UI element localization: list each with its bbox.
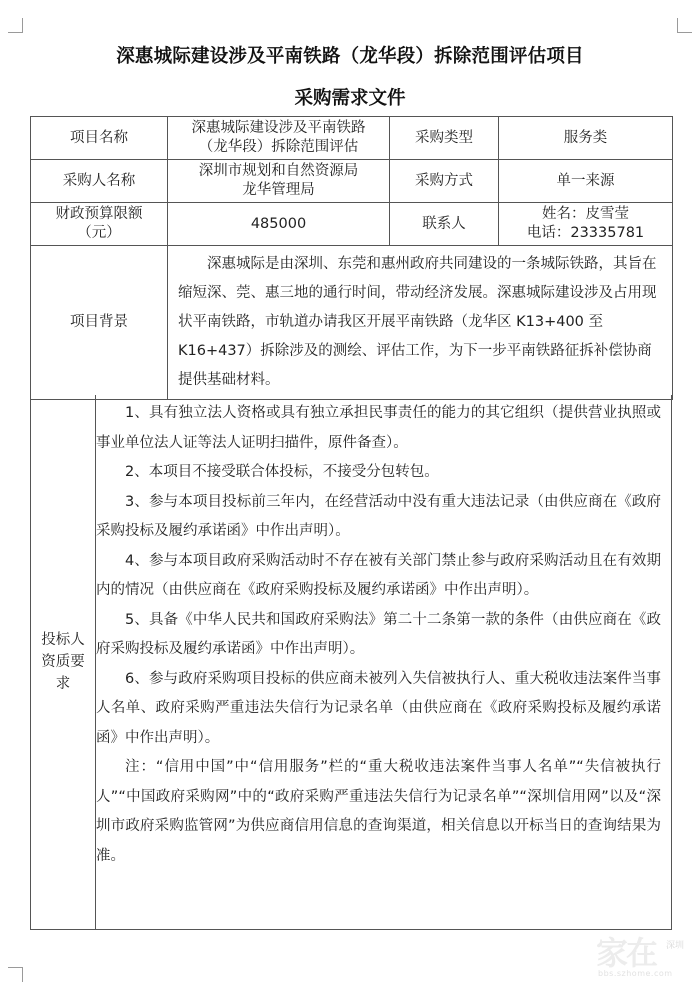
project-name-line1: 深惠城际建设涉及平南铁路 (171, 119, 386, 138)
qualifications-label: 投标人 资质要 求 (31, 395, 96, 929)
qualification-item-3: 3、参与本项目投标前三年内，在经营活动中没有重大违法记录（由供应商在《政府采购投… (96, 488, 661, 547)
document-title: 深惠城际建设涉及平南铁路（龙华段）拆除范围评估项目 (0, 42, 700, 68)
budget-label-line2: （元） (34, 224, 164, 243)
purchaser-name-line1: 深圳市规划和自然资源局 (171, 162, 386, 181)
qualification-item-1: 1、具有独立法人资格或具有独立承担民事责任的能力的其它组织（提供营业执照或事业单… (96, 399, 661, 458)
table-row-purchaser: 采购人名称 深圳市规划和自然资源局 龙华管理局 采购方式 单一来源 (31, 160, 673, 203)
qualification-item-4: 4、参与本项目政府采购活动时不存在被有关部门禁止参与政府采购活动且在有效期内的情… (96, 547, 661, 606)
page-corner-mark-bottom-left (8, 967, 23, 982)
page-corner-mark-top-left (8, 18, 23, 33)
budget-label: 财政预算限额 （元） (31, 203, 168, 246)
document-subtitle: 采购需求文件 (0, 84, 700, 110)
background-text-cell: 深惠城际是由深圳、东莞和惠州政府共同建设的一条城际铁路，其旨在缩短深、莞、惠三地… (168, 246, 673, 400)
qualification-note: 注：“信用中国”中“信用服务”栏的“重大税收违法案件当事人名单”“失信被执行人”… (96, 753, 661, 871)
procurement-method-label: 采购方式 (390, 160, 499, 203)
watermark-logo: 家在 深圳 bbs.szhome.com (596, 928, 688, 978)
contact-phone: 电话：23335781 (502, 224, 669, 243)
table-row-project-name: 项目名称 深惠城际建设涉及平南铁路 （龙华段）拆除范围评估 采购类型 服务类 (31, 117, 673, 160)
watermark-url: bbs.szhome.com (598, 969, 673, 978)
procurement-type-label: 采购类型 (390, 117, 499, 160)
budget-label-line1: 财政预算限额 (34, 205, 164, 224)
qualifications-list: 1、具有独立法人资格或具有独立承担民事责任的能力的其它组织（提供营业执照或事业单… (96, 399, 661, 871)
qualifications-label-line3: 求 (37, 673, 89, 695)
table-row-budget: 财政预算限额 （元） 485000 联系人 姓名：皮雪莹 电话：23335781 (31, 203, 673, 246)
purchaser-name-label: 采购人名称 (31, 160, 168, 203)
info-table: 项目名称 深惠城际建设涉及平南铁路 （龙华段）拆除范围评估 采购类型 服务类 采… (30, 116, 673, 400)
purchaser-name-value: 深圳市规划和自然资源局 龙华管理局 (168, 160, 390, 203)
procurement-type-value: 服务类 (499, 117, 673, 160)
qualifications-label-line1: 投标人 (37, 629, 89, 651)
watermark-city: 深圳 (666, 938, 684, 951)
qualification-item-2: 2、本项目不接受联合体投标，不接受分包转包。 (96, 458, 661, 488)
project-name-label: 项目名称 (31, 117, 168, 160)
contact-value: 姓名：皮雪莹 电话：23335781 (499, 203, 673, 246)
project-name-value: 深惠城际建设涉及平南铁路 （龙华段）拆除范围评估 (168, 117, 390, 160)
background-text: 深惠城际是由深圳、东莞和惠州政府共同建设的一条城际铁路，其旨在缩短深、莞、惠三地… (178, 250, 664, 395)
table-row-background: 项目背景 深惠城际是由深圳、东莞和惠州政府共同建设的一条城际铁路，其旨在缩短深、… (31, 246, 673, 400)
qualifications-label-line2: 资质要 (37, 651, 89, 673)
background-label: 项目背景 (31, 246, 168, 400)
contact-name: 姓名：皮雪莹 (502, 205, 669, 224)
page-corner-mark-top-right (677, 18, 692, 33)
qualification-item-6: 6、参与政府采购项目投标的供应商未被列入失信被执行人、重大税收违法案件当事人名单… (96, 665, 661, 754)
purchaser-name-line2: 龙华管理局 (171, 181, 386, 200)
qualifications-section: 投标人 资质要 求 1、具有独立法人资格或具有独立承担民事责任的能力的其它组织（… (30, 395, 672, 930)
qualification-item-5: 5、具备《中华人民共和国政府采购法》第二十二条第一款的条件（由供应商在《政府采购… (96, 606, 661, 665)
contact-label: 联系人 (390, 203, 499, 246)
project-name-line2: （龙华段）拆除范围评估 (171, 138, 386, 157)
budget-value: 485000 (168, 203, 390, 246)
procurement-method-value: 单一来源 (499, 160, 673, 203)
watermark-main: 家在 (596, 928, 656, 974)
